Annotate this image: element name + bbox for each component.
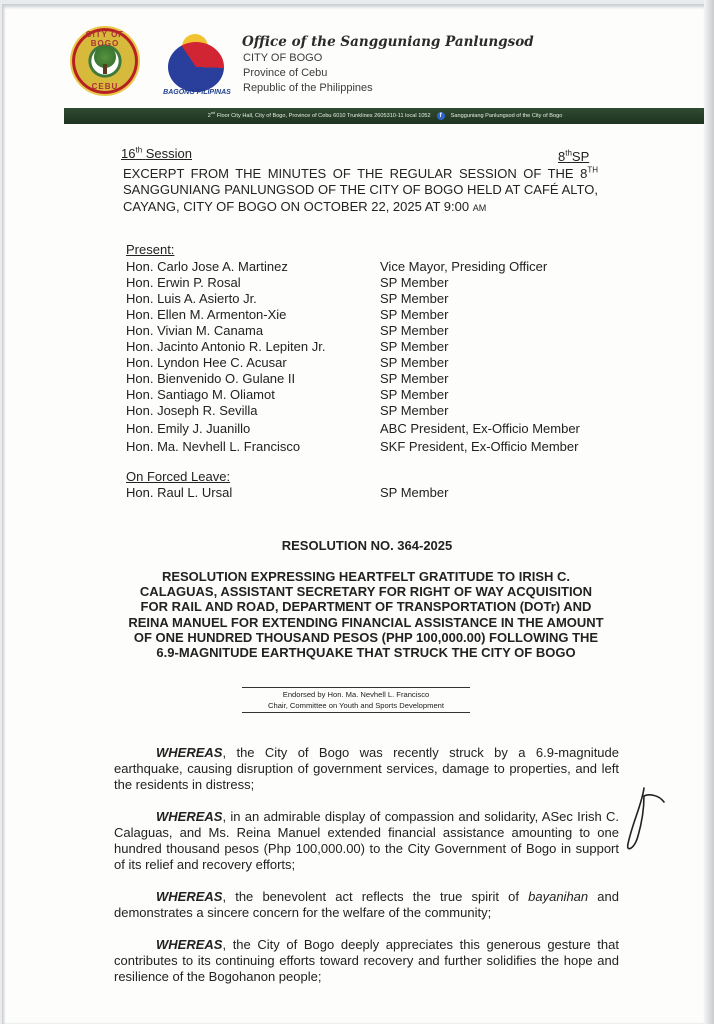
seal-bottom-text: CEBU xyxy=(70,82,140,91)
scan-edge-shadow xyxy=(704,0,714,1024)
attendance-row: Hon. Jacinto Antonio R. Lepiten Jr.SP Me… xyxy=(126,339,325,354)
member-role: SP Member xyxy=(380,307,448,322)
whereas-clause: WHEREAS, the benevolent act reflects the… xyxy=(114,889,619,921)
attendance-row: Hon. Santiago M. OliamotSP Member xyxy=(126,387,275,402)
office-name: Office of the Sangguniang Panlungsod xyxy=(242,34,534,50)
member-role: Vice Mayor, Presiding Officer xyxy=(380,259,547,274)
sp-number: 8thSP xyxy=(558,149,589,165)
endorsement-box: Endorsed by Hon. Ma. Nevhell L. Francisc… xyxy=(242,687,470,713)
member-name: Hon. Joseph R. Sevilla xyxy=(126,403,258,418)
whereas-clause: WHEREAS, in an admirable display of comp… xyxy=(114,809,619,873)
province-name: Province of Cebu xyxy=(243,66,327,81)
document-page: CITY OF BOGO CEBU BAGONG PILIPINAS Offic… xyxy=(2,4,706,1024)
facebook-page-name: Sangguniang Panlungsod of the City of Bo… xyxy=(451,113,563,119)
member-name: Hon. Luis A. Asierto Jr. xyxy=(126,291,257,306)
endorsed-by: Endorsed by Hon. Ma. Nevhell L. Francisc… xyxy=(242,689,470,700)
city-of-bogo-seal-icon: CITY OF BOGO CEBU xyxy=(70,26,140,96)
member-name: Hon. Ma. Nevhell L. Francisco xyxy=(126,439,300,454)
resolution-number: RESOLUTION NO. 364-2025 xyxy=(132,538,602,554)
member-role: SP Member xyxy=(380,323,448,338)
flag-swirl-icon xyxy=(168,42,224,92)
whereas-clause: WHEREAS, the City of Bogo was recently s… xyxy=(114,745,619,793)
member-role: SP Member xyxy=(380,485,448,500)
bagong-pilipinas-label: BAGONG PILIPINAS xyxy=(158,89,236,96)
member-role: SP Member xyxy=(380,291,448,306)
member-role: SP Member xyxy=(380,339,448,354)
member-role: SP Member xyxy=(380,355,448,370)
address-bar: 2nd Floor City Hall, City of Bogo, Provi… xyxy=(64,108,706,124)
member-role: SP Member xyxy=(380,371,448,386)
member-name: Hon. Raul L. Ursal xyxy=(126,485,232,500)
attendance-row: Hon. Emily J. JuanilloABC President, Ex-… xyxy=(126,421,250,436)
member-role: SP Member xyxy=(380,275,448,290)
resolution-title: RESOLUTION EXPRESSING HEARTFELT GRATITUD… xyxy=(126,569,606,660)
attendance-row: Hon. Bienvenido O. Gulane IISP Member xyxy=(126,371,295,386)
address-text: 2nd Floor City Hall, City of Bogo, Provi… xyxy=(208,113,431,119)
country-name: Republic of the Philippines xyxy=(243,81,373,96)
attendance-row: Hon. Vivian M. CanamaSP Member xyxy=(126,323,263,338)
tree-trunk xyxy=(103,64,107,74)
member-role: ABC President, Ex-Officio Member xyxy=(380,421,580,436)
member-name: Hon. Emily J. Juanillo xyxy=(126,421,250,436)
attendance-row: Hon. Ellen M. Armenton-XieSP Member xyxy=(126,307,286,322)
bagong-pilipinas-logo-icon: BAGONG PILIPINAS xyxy=(162,26,230,98)
attendance-row: Hon. Joseph R. SevillaSP Member xyxy=(126,403,258,418)
member-role: SKF President, Ex-Officio Member xyxy=(380,439,578,454)
city-name: CITY OF BOGO xyxy=(243,51,322,66)
member-role: SP Member xyxy=(380,403,448,418)
member-role: SP Member xyxy=(380,387,448,402)
member-name: Hon. Jacinto Antonio R. Lepiten Jr. xyxy=(126,339,325,354)
signature-initial-icon xyxy=(622,784,682,854)
attendance-row: Hon. Raul L. Ursal SP Member xyxy=(126,485,232,500)
member-name: Hon. Erwin P. Rosal xyxy=(126,275,241,290)
attendance-row: Hon. Carlo Jose A. MartinezVice Mayor, P… xyxy=(126,259,288,274)
attendance-row: Hon. Lyndon Hee C. AcusarSP Member xyxy=(126,355,287,370)
attendance-row: Hon. Luis A. Asierto Jr.SP Member xyxy=(126,291,257,306)
endorser-role: Chair, Committee on Youth and Sports Dev… xyxy=(242,700,470,711)
session-number: 16th Session xyxy=(121,146,192,162)
member-name: Hon. Bienvenido O. Gulane II xyxy=(126,371,295,386)
member-name: Hon. Lyndon Hee C. Acusar xyxy=(126,355,287,370)
whereas-clause: WHEREAS, the City of Bogo deeply appreci… xyxy=(114,937,619,985)
member-name: Hon. Carlo Jose A. Martinez xyxy=(126,259,288,274)
attendance-row: Hon. Erwin P. RosalSP Member xyxy=(126,275,241,290)
member-name: Hon. Vivian M. Canama xyxy=(126,323,263,338)
member-name: Hon. Santiago M. Oliamot xyxy=(126,387,275,402)
facebook-icon: f xyxy=(437,112,445,120)
present-label: Present: xyxy=(126,242,174,258)
member-name: Hon. Ellen M. Armenton-Xie xyxy=(126,307,286,322)
minutes-excerpt-heading: EXCERPT FROM THE MINUTES OF THE REGULAR … xyxy=(123,166,598,216)
forced-leave-label: On Forced Leave: xyxy=(126,469,230,485)
attendance-row: Hon. Ma. Nevhell L. FranciscoSKF Preside… xyxy=(126,439,300,454)
